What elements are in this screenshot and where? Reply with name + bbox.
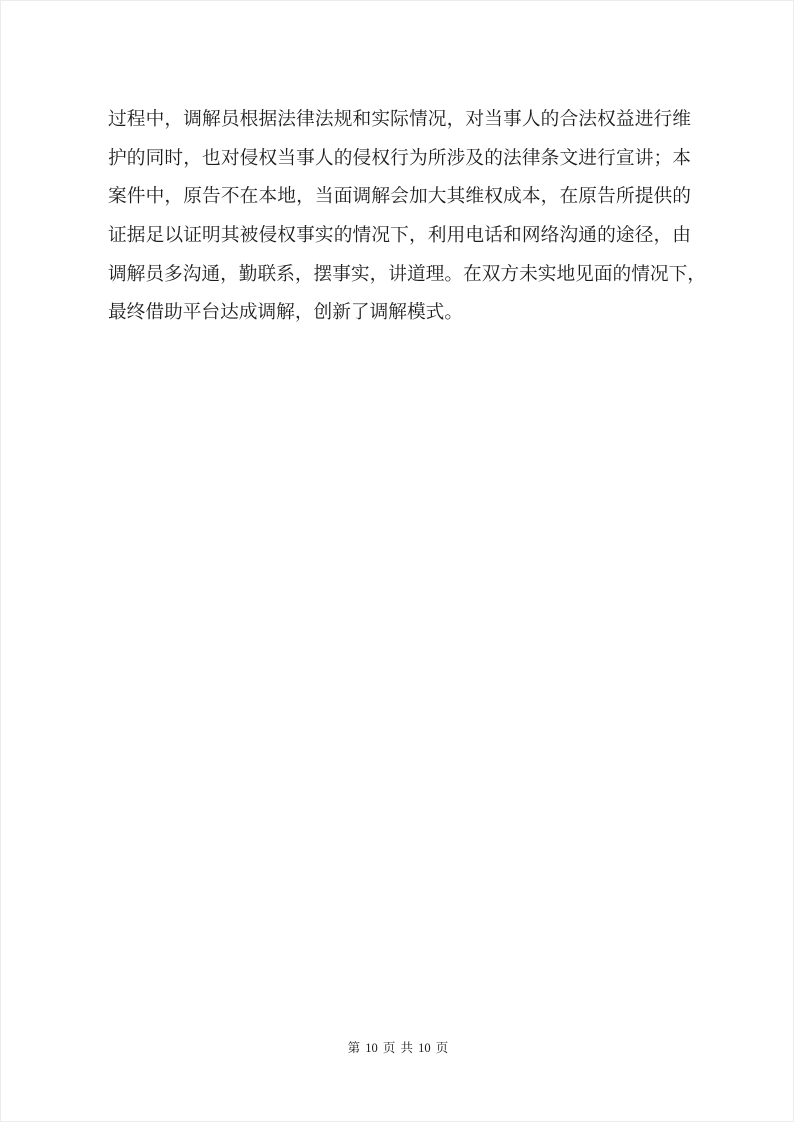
body-text-line: 护的同时，也对侵权当事人的侵权行为所涉及的法律条文进行宣讲；本 xyxy=(108,140,691,179)
body-text-line: 案件中，原告不在本地，当面调解会加大其维权成本，在原告所提供的 xyxy=(108,178,691,217)
body-text-line: 最终借助平台达成调解，创新了调解模式。 xyxy=(108,294,691,333)
page-number-footer: 第 10 页 共 10 页 xyxy=(1,1039,794,1057)
body-text-line: 调解员多沟通，勤联系，摆事实，讲道理。在双方未实地见面的情况下， xyxy=(108,256,691,295)
document-page: 过程中，调解员根据法律法规和实际情况，对当事人的合法权益进行维 护的同时，也对侵… xyxy=(0,0,794,1122)
body-text-line: 过程中，调解员根据法律法规和实际情况，对当事人的合法权益进行维 xyxy=(108,101,691,140)
body-text-line: 证据足以证明其被侵权事实的情况下，利用电话和网络沟通的途径，由 xyxy=(108,217,691,256)
body-paragraph: 过程中，调解员根据法律法规和实际情况，对当事人的合法权益进行维 护的同时，也对侵… xyxy=(108,101,691,333)
